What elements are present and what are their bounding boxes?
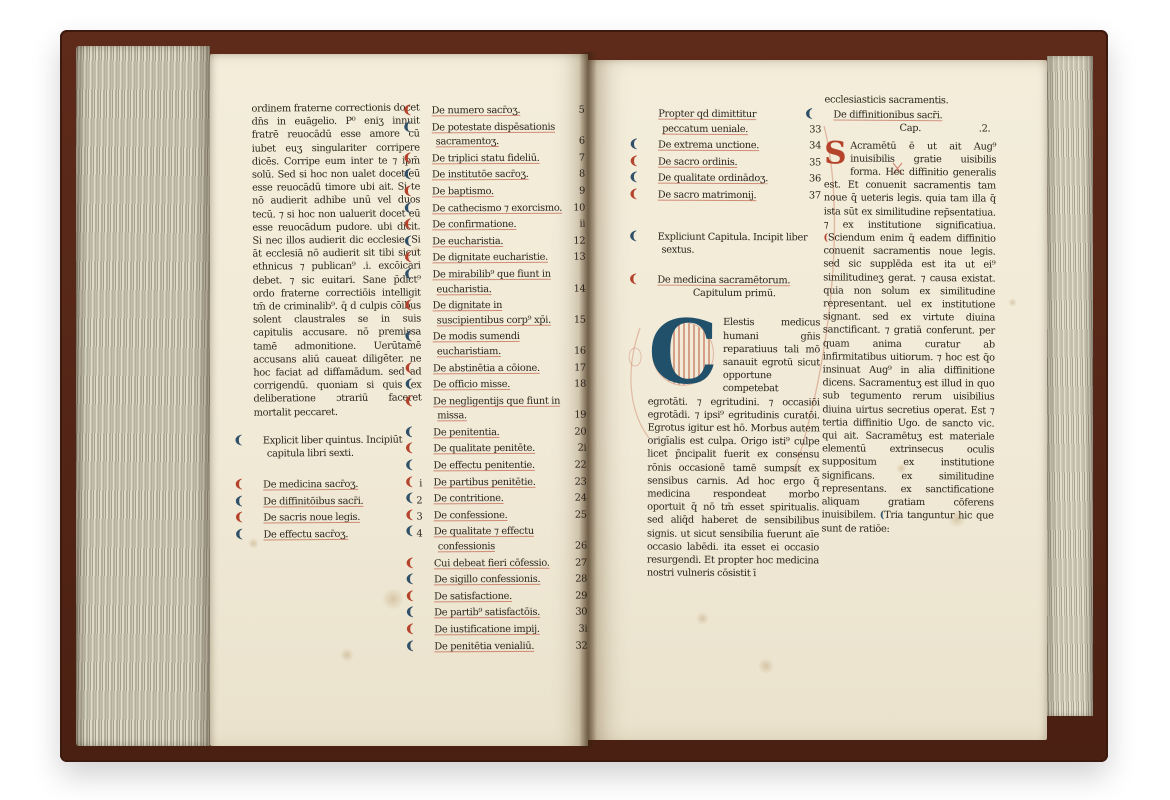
chapter-number: 26	[575, 540, 587, 555]
capitula-row: De negligentijs que fiunt in missa. 19	[424, 392, 586, 424]
paraph-icon	[423, 250, 437, 265]
fore-edge-right	[1047, 56, 1093, 716]
chapter-title: De modis sumendi eucharistiam.	[433, 331, 520, 357]
capitula-row: De eucharistia. 12	[423, 232, 585, 249]
paraph-icon	[425, 507, 439, 522]
paraph-icon	[423, 217, 437, 232]
capitula-row: De contritione. 24	[425, 490, 587, 507]
paraph-icon	[254, 477, 268, 492]
cap-number: .2.	[979, 123, 991, 136]
chapter-title: De sacro matrimonij.	[658, 190, 757, 202]
foxing-spot	[382, 588, 404, 610]
chapter-title: Propter qd dimittitur peccatum ueniale.	[658, 109, 756, 135]
chapter-title: De medicina sacr̄oʒ.	[263, 479, 358, 491]
chapter2-capline: Cap. .2.	[824, 122, 996, 136]
capitula-row: De dignitate in suscipientibus corp⁹ xp̄…	[424, 297, 586, 329]
chapter-number: 12	[573, 234, 585, 249]
capitula-row: De institutōe sacr̄oʒ. 8	[423, 166, 585, 183]
chapter-title: De negligentijs que fiunt in missa.	[433, 395, 560, 421]
left-column-a: ordinem fraterne correctionis docet dn̄s…	[251, 101, 422, 543]
chapter-title: Cui debeat fieri cōfessio.	[434, 557, 550, 569]
paraph-icon	[425, 638, 439, 653]
chapter-title: De satisfactione.	[434, 591, 512, 602]
chapter-number: 32	[575, 639, 587, 654]
chapter-number: 24	[575, 492, 587, 507]
cap-label: Cap.	[900, 123, 922, 134]
chapter-rubric: De medicina sacramētorum. Capitulum prim…	[648, 273, 820, 301]
chapter-number: 3i	[579, 623, 588, 638]
chapter-title: De numero sacr̄oʒ.	[432, 105, 521, 116]
paraph-icon	[423, 167, 437, 182]
capitula-row: De penitētia venialiū. 32	[425, 637, 587, 654]
chapter-title: De partib⁹ satisfactōis.	[434, 607, 540, 619]
paraph-icon	[423, 266, 437, 281]
foxing-spot	[758, 658, 774, 674]
body-text: Sciendum enim q̄ eadem diffinitio conuen…	[822, 232, 996, 521]
paraph-icon	[649, 153, 663, 168]
capitula-row: De confirmatione. ii	[423, 216, 585, 233]
book: ordinem fraterne correctionis docet dn̄s…	[60, 30, 1108, 762]
chapter-number: 33	[809, 123, 821, 138]
explicit-liber-quintus: Explicit liber quintus. Incipiūt capitul…	[254, 432, 422, 461]
capitula-row: Cui debeat fieri cōfessio. 27	[425, 554, 587, 571]
paraph-icon	[425, 621, 439, 636]
chapter-number: 29	[575, 589, 587, 604]
chapter-number: 17	[574, 361, 586, 376]
capitula-row: De partib⁹ satisfactōis. 30	[425, 604, 587, 621]
photo-background: ordinem fraterne correctionis docet dn̄s…	[0, 0, 1170, 800]
paraph-icon	[254, 510, 268, 525]
paraph-icon	[824, 108, 838, 121]
paraph-icon	[425, 605, 439, 620]
paraph-icon	[425, 474, 439, 489]
chapter-title: De diffinitōibus sacr̄i.	[263, 496, 363, 508]
capitula-row: De diffinitōibus sacr̄i. 2	[254, 492, 422, 510]
paraph-icon	[424, 424, 438, 439]
paraph-icon	[424, 376, 438, 391]
chapter-number: 30	[575, 606, 587, 621]
chapter-title: De institutōe sacr̄oʒ.	[432, 169, 529, 181]
chapter-title: De qualitate ordinādoʒ.	[658, 173, 768, 185]
chapter-title: De officio misse.	[433, 379, 510, 390]
chapter-title: De qualitate penitēte.	[433, 443, 535, 455]
chapter-number: 5	[579, 104, 585, 119]
foxing-spot	[696, 612, 709, 625]
chapter-number: 35	[809, 156, 821, 171]
capitula-row: De officio misse. 18	[424, 376, 586, 393]
rubric-subtext: Capitulum primū.	[648, 287, 820, 301]
capitula-row: De sigillo confessionis. 28	[425, 571, 587, 588]
capitula-row: De triplici statu fideliū. 7	[423, 149, 585, 166]
chapter-number: 27	[575, 556, 587, 571]
paraph-icon	[254, 433, 268, 446]
chapter-title: De penitētia venialiū.	[434, 640, 534, 652]
carryover-line: ecclesiasticis sacramentis.	[824, 93, 996, 107]
explicit-text: Explicit liber quintus. Incipiūt capitul…	[263, 434, 402, 459]
rubric-text: De diffinitionibus sacr̄i.	[833, 110, 942, 122]
chapter-title: De penitentia.	[433, 427, 499, 438]
capitula-row: De qualitate ordinādoʒ. 36	[649, 170, 821, 187]
chapter-number: 4	[416, 527, 422, 542]
right-column-d: ecclesiasticis sacramentis. De diffiniti…	[821, 93, 996, 548]
illuminated-initial-C: C	[648, 318, 718, 390]
chapter-number: 2i	[578, 442, 587, 457]
paraph-icon	[649, 229, 663, 242]
paraph-icon	[423, 200, 437, 215]
foxing-spot	[1008, 298, 1017, 307]
paraph-icon	[424, 360, 438, 375]
chapter-title: De confirmatione.	[432, 219, 516, 230]
chapter-title: De effectu penitentie.	[433, 460, 534, 472]
capitula-list-33-37: Propter qd dimittitur peccatum ueniale. …	[649, 106, 822, 204]
chapter-title: De dignitate eucharistie.	[432, 252, 548, 264]
capitula-row: De penitentia. 20	[424, 423, 586, 440]
chapter-title: De partibus penitētie.	[434, 476, 536, 488]
chapter-title: De effectu sacr̄oʒ.	[263, 529, 348, 541]
paraph-icon	[423, 183, 437, 198]
foxing-spot	[340, 648, 354, 662]
chapter-number: i	[419, 478, 422, 493]
paraph-icon	[649, 170, 663, 185]
capitula-row: De qualitate ⁊ effectu confessionis 26	[425, 523, 587, 555]
capitula-row: De dignitate eucharistie. 13	[423, 249, 585, 266]
chapter-number: 28	[575, 573, 587, 588]
paraph-icon	[423, 233, 437, 248]
paraph-icon	[254, 493, 268, 508]
chapter-number: 9	[579, 185, 585, 200]
paraph-icon	[423, 150, 437, 165]
capitula-row: De partibus penitētie. 23	[425, 473, 587, 490]
body-text: Acramētū ē ut ait Aug⁹ inuisibilis grati…	[824, 140, 997, 231]
capitula-row: Propter qd dimittitur peccatum ueniale. …	[649, 106, 821, 138]
capitula-row: De iustificatione impij. 3i	[425, 621, 587, 638]
explicit-capitula: Expliciunt Capitula. Incipit liber sextu…	[648, 229, 820, 257]
chapter-number: 36	[809, 173, 821, 188]
chapter-number: 16	[574, 344, 586, 359]
paraph-icon	[424, 297, 438, 312]
chapter-title: De cathecismo ⁊ exorcismo.	[432, 202, 562, 214]
chapter-number: 37	[809, 189, 821, 204]
chapter-number: 3	[416, 511, 422, 526]
capitula-list-1-4: De medicina sacr̄oʒ. i De diffinitōibus …	[254, 476, 422, 544]
capitula-row: De baptismo. 9	[423, 183, 585, 200]
capitula-row: De sacris noue legis. 3	[254, 509, 422, 527]
chapter-number: ii	[579, 218, 585, 233]
capitula-row: De numero sacr̄oʒ. 5	[423, 102, 585, 119]
capitula-row: De sacro matrimonij. 37	[649, 187, 821, 204]
paraph-icon	[423, 119, 437, 134]
body-paragraph: ordinem fraterne correctionis docet dn̄s…	[251, 101, 421, 419]
capitula-row: De satisfactione. 29	[425, 587, 587, 604]
paraph-icon	[425, 524, 439, 539]
chapter-number: 18	[574, 378, 586, 393]
capitula-row: De effectu sacr̄oʒ. 4	[254, 525, 422, 543]
chapter-title: De sacris noue legis.	[263, 512, 360, 524]
rubric-text: De medicina sacramētorum.	[657, 275, 790, 287]
chapter-number: 2	[416, 494, 422, 509]
capitula-list-5-32: De numero sacr̄oʒ. 5 De potestate dispēs…	[423, 102, 588, 655]
paraph-icon	[648, 273, 662, 286]
left-column-b: De numero sacr̄oʒ. 5 De potestate dispēs…	[423, 102, 588, 655]
capitula-row: De medicina sacr̄oʒ. i	[254, 476, 422, 494]
capitula-row: De mirabilib⁹ que fiunt in eucharistia. …	[423, 266, 585, 298]
chapter-title: De sigillo confessionis.	[434, 574, 540, 586]
chapter-title: De dignitate in suscipientibus corp⁹ xp̄…	[433, 300, 551, 326]
chapter-number: 6	[579, 135, 585, 150]
chapter-number: 10	[573, 201, 585, 216]
chapter-title: De mirabilib⁹ que fiunt in eucharistia.	[432, 269, 550, 295]
capitula-row: De confessione. 25	[425, 506, 587, 523]
chapter-title: De contritione.	[434, 493, 504, 504]
chapter-number: 34	[809, 140, 821, 155]
paraph-icon	[425, 588, 439, 603]
chapter-number: 23	[575, 475, 587, 490]
paraph-icon	[425, 572, 439, 587]
chapter-number: 25	[575, 508, 587, 523]
paraph-icon	[649, 137, 663, 152]
chapter-title: De extrema unctione.	[658, 140, 759, 152]
chapter-title: De abstinētia a cōione.	[433, 362, 540, 374]
chapter-title: De baptismo.	[432, 186, 494, 197]
chapter2-rubric: De diffinitionibus sacr̄i.	[824, 108, 996, 123]
chapter-number: 15	[574, 313, 586, 328]
chapter-title: De potestate dispēsationis sacramentoʒ.	[432, 121, 555, 147]
chapter-title: De eucharistia.	[432, 236, 503, 247]
capitula-row: De cathecismo ⁊ exorcismo. 10	[423, 199, 585, 216]
chapter-number: 22	[575, 459, 587, 474]
chapter-title: De qualitate ⁊ effectu confessionis	[434, 526, 534, 552]
capitula-row: De potestate dispēsationis sacramentoʒ. …	[423, 118, 585, 150]
capitula-row: De effectu penitentie. 22	[424, 457, 586, 474]
chapter-number: 8	[579, 168, 585, 183]
chapter-number: 13	[573, 251, 585, 266]
chapter-number: 19	[574, 409, 586, 424]
paraph-icon	[424, 441, 438, 456]
chapter-number: 20	[574, 425, 586, 440]
right-column-c: Propter qd dimittitur peccatum ueniale. …	[647, 106, 822, 593]
capitula-row: De extrema unctione. 34	[649, 137, 821, 154]
paraph-icon	[649, 187, 663, 202]
capitula-row: De abstinētia a cōione. 17	[424, 359, 586, 376]
incipit-paragraph: CElestis medicus humani gn̄is reparatiuu…	[647, 316, 820, 581]
paraph-icon	[423, 102, 437, 117]
chapter-number: 7	[579, 151, 585, 166]
paraph-icon	[425, 555, 439, 570]
capitula-row: De modis sumendi eucharistiam. 16	[424, 328, 586, 360]
rubricated-initial-S: S	[824, 140, 846, 167]
capitula-row: De qualitate penitēte. 2i	[424, 440, 586, 457]
paraph-icon	[425, 491, 439, 506]
definition-paragraph: SAcramētū ē ut ait Aug⁹ inuisibilis grat…	[822, 139, 997, 536]
capitula-row: De sacro ordinis. 35	[649, 153, 821, 170]
paraph-icon	[424, 457, 438, 472]
fore-edge-left	[76, 46, 210, 746]
chapter-title: De triplici statu fideliū.	[432, 153, 540, 165]
paraph-icon	[424, 329, 438, 344]
paraph-icon	[254, 527, 268, 542]
explicit-text: Expliciunt Capitula. Incipit liber sextu…	[658, 231, 808, 255]
chapter-number: 14	[574, 282, 586, 297]
chapter-title: De sacro ordinis.	[658, 156, 737, 167]
chapter-title: De iustificatione impij.	[434, 624, 539, 636]
paraph-icon	[424, 393, 438, 408]
chapter-title: De confessione.	[434, 510, 508, 521]
